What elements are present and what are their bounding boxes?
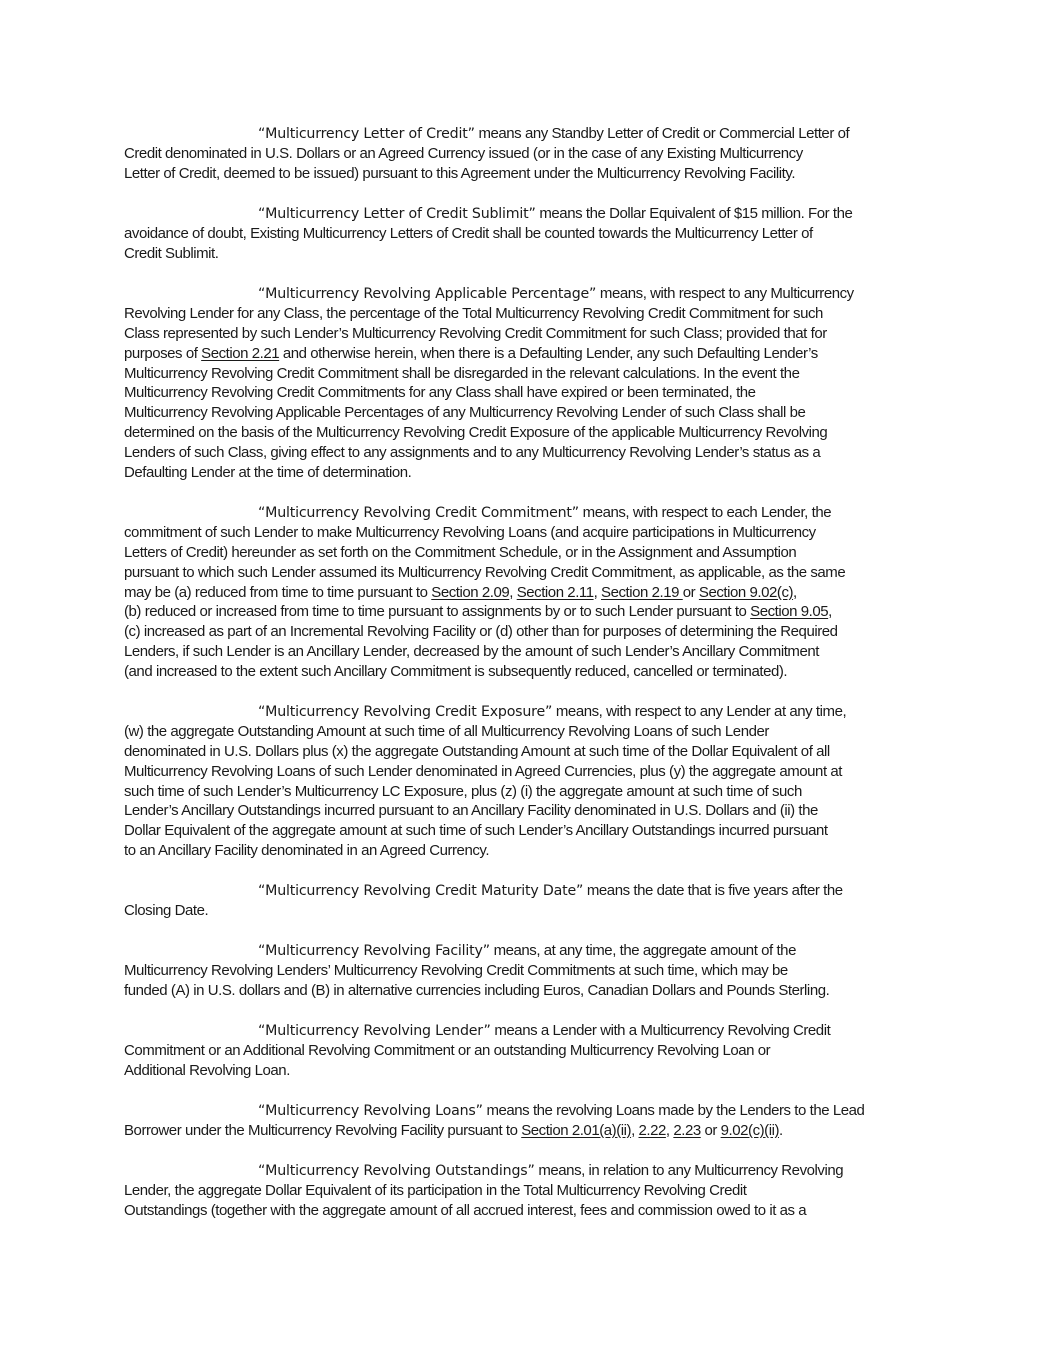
body-text: determined on the basis of the Multicurr… (124, 424, 827, 441)
defined-term: “Multicurrency Revolving Outstandings” (258, 1163, 535, 1179)
body-text: Lenders, if such Lender is an Ancillary … (124, 643, 819, 660)
text-line: Lender, the aggregate Dollar Equivalent … (124, 1181, 936, 1201)
text-line: denominated in U.S. Dollars plus (x) the… (124, 742, 936, 762)
body-text: means any Standby Letter of Credit or Co… (475, 125, 849, 142)
body-text: (b) reduced or increased from time to ti… (124, 603, 750, 620)
defined-term: “Multicurrency Revolving Loans” (258, 1103, 483, 1119)
definition-paragraph: “Multicurrency Revolving Credit Exposure… (124, 702, 936, 861)
body-text: pursuant to which such Lender assumed it… (124, 564, 845, 581)
body-text: Closing Date. (124, 902, 208, 919)
body-text: , (509, 584, 516, 601)
body-text: , (631, 1122, 638, 1139)
body-text: Lender, the aggregate Dollar Equivalent … (124, 1182, 746, 1199)
text-line: Multicurrency Revolving Credit Commitmen… (124, 364, 936, 384)
body-text: (w) the aggregate Outstanding Amount at … (124, 723, 769, 740)
section-reference-link[interactable]: Section 2.19 (601, 584, 683, 601)
text-line: to an Ancillary Facility denominated in … (124, 841, 936, 861)
text-line: “Multicurrency Letter of Credit Sublimit… (124, 204, 936, 224)
text-line: Multicurrency Revolving Loans of such Le… (124, 762, 936, 782)
body-text: Additional Revolving Loan. (124, 1062, 290, 1079)
section-reference-link[interactable]: Section 2.01(a)(ii) (521, 1122, 631, 1139)
text-line: “Multicurrency Revolving Lender” means a… (124, 1021, 936, 1041)
text-line: Lender’s Ancillary Outstandings incurred… (124, 801, 936, 821)
text-line: pursuant to which such Lender assumed it… (124, 563, 936, 583)
body-text: (c) increased as part of an Incremental … (124, 623, 838, 640)
text-line: “Multicurrency Revolving Credit Exposure… (124, 702, 936, 722)
body-text: , (828, 603, 832, 620)
body-text: means the revolving Loans made by the Le… (483, 1102, 865, 1119)
text-line: commitment of such Lender to make Multic… (124, 523, 936, 543)
body-text: commitment of such Lender to make Multic… (124, 524, 816, 541)
body-text: means, at any time, the aggregate amount… (490, 942, 796, 959)
definition-paragraph: “Multicurrency Letter of Credit” means a… (124, 124, 936, 184)
body-text: Multicurrency Revolving Lenders’ Multicu… (124, 962, 788, 979)
body-text: means the date that is five years after … (583, 882, 843, 899)
text-line: Outstandings (together with the aggregat… (124, 1201, 936, 1221)
text-line: Credit Sublimit. (124, 244, 936, 264)
body-text: , (594, 584, 601, 601)
defined-term: “Multicurrency Revolving Credit Commitme… (258, 505, 579, 521)
text-line: Lenders of such Class, giving effect to … (124, 443, 936, 463)
text-line: Closing Date. (124, 901, 936, 921)
text-line: Letters of Credit) hereunder as set fort… (124, 543, 936, 563)
text-line: Multicurrency Revolving Credit Commitmen… (124, 383, 936, 403)
text-line: Multicurrency Revolving Lenders’ Multicu… (124, 961, 936, 981)
definition-paragraph: “Multicurrency Letter of Credit Sublimit… (124, 204, 936, 264)
text-line: Additional Revolving Loan. (124, 1061, 936, 1081)
defined-term: “Multicurrency Letter of Credit” (258, 126, 475, 142)
text-line: purposes of Section 2.21 and otherwise h… (124, 344, 936, 364)
body-text: and otherwise herein, when there is a De… (279, 345, 818, 362)
section-reference-link[interactable]: 2.23 (673, 1122, 700, 1139)
text-line: Commitment or an Additional Revolving Co… (124, 1041, 936, 1061)
text-line: Lenders, if such Lender is an Ancillary … (124, 642, 936, 662)
body-text: Letter of Credit, deemed to be issued) p… (124, 165, 795, 182)
definition-paragraph: “Multicurrency Revolving Applicable Perc… (124, 284, 936, 483)
body-text: Lenders of such Class, giving effect to … (124, 444, 820, 461)
body-text: avoidance of doubt, Existing Multicurren… (124, 225, 813, 242)
text-line: Letter of Credit, deemed to be issued) p… (124, 164, 936, 184)
definition-paragraph: “Multicurrency Revolving Credit Commitme… (124, 503, 936, 682)
text-line: Dollar Equivalent of the aggregate amoun… (124, 821, 936, 841)
text-line: “Multicurrency Revolving Loans” means th… (124, 1101, 936, 1121)
text-line: determined on the basis of the Multicurr… (124, 423, 936, 443)
text-line: (c) increased as part of an Incremental … (124, 622, 936, 642)
text-line: such time of such Lender’s Multicurrency… (124, 782, 936, 802)
section-reference-link[interactable]: Section 2.09 (431, 584, 509, 601)
text-line: (w) the aggregate Outstanding Amount at … (124, 722, 936, 742)
section-reference-link[interactable]: Section 2.21 (201, 345, 279, 362)
body-text: Multicurrency Revolving Credit Commitmen… (124, 365, 799, 382)
text-line: Class represented by such Lender’s Multi… (124, 324, 936, 344)
text-line: avoidance of doubt, Existing Multicurren… (124, 224, 936, 244)
body-text: funded (A) in U.S. dollars and (B) in al… (124, 982, 829, 999)
definition-paragraph: “Multicurrency Revolving Outstandings” m… (124, 1161, 936, 1221)
body-text: means the Dollar Equivalent of $15 milli… (536, 205, 853, 222)
body-text: means, with respect to any Lender at any… (552, 703, 846, 720)
text-line: Credit denominated in U.S. Dollars or an… (124, 144, 936, 164)
text-line: “Multicurrency Revolving Credit Commitme… (124, 503, 936, 523)
body-text: or (701, 1122, 721, 1139)
body-text: means, in relation to any Multicurrency … (535, 1162, 843, 1179)
text-line: “Multicurrency Revolving Facility” means… (124, 941, 936, 961)
definition-paragraph: “Multicurrency Revolving Credit Maturity… (124, 881, 936, 921)
body-text: to an Ancillary Facility denominated in … (124, 842, 489, 859)
text-line: (b) reduced or increased from time to ti… (124, 602, 936, 622)
body-text: may be (a) reduced from time to time pur… (124, 584, 431, 601)
body-text: means a Lender with a Multicurrency Revo… (491, 1022, 831, 1039)
section-reference-link[interactable]: 2.22 (639, 1122, 666, 1139)
body-text: Class represented by such Lender’s Multi… (124, 325, 827, 342)
text-line: (and increased to the extent such Ancill… (124, 662, 936, 682)
defined-term: “Multicurrency Letter of Credit Sublimit… (258, 206, 536, 222)
body-text: denominated in U.S. Dollars plus (x) the… (124, 743, 830, 760)
defined-term: “Multicurrency Revolving Applicable Perc… (258, 286, 596, 302)
section-reference-link[interactable]: Section 9.02(c) (699, 584, 793, 601)
text-line: “Multicurrency Revolving Applicable Perc… (124, 284, 936, 304)
body-text: Letters of Credit) hereunder as set fort… (124, 544, 796, 561)
section-reference-link[interactable]: Section 9.05 (750, 603, 828, 620)
defined-term: “Multicurrency Revolving Credit Maturity… (258, 883, 583, 899)
defined-term: “Multicurrency Revolving Lender” (258, 1023, 491, 1039)
body-text: Credit Sublimit. (124, 245, 219, 262)
definition-paragraph: “Multicurrency Revolving Facility” means… (124, 941, 936, 1001)
body-text: Revolving Lender for any Class, the perc… (124, 305, 823, 322)
defined-term: “Multicurrency Revolving Credit Exposure… (258, 704, 552, 720)
body-text: Multicurrency Revolving Applicable Perce… (124, 404, 805, 421)
body-text: such time of such Lender’s Multicurrency… (124, 783, 802, 800)
text-line: Multicurrency Revolving Applicable Perce… (124, 403, 936, 423)
body-text: Multicurrency Revolving Credit Commitmen… (124, 384, 756, 401)
body-text: means, with respect to any Multicurrency (596, 285, 854, 302)
text-line: “Multicurrency Revolving Outstandings” m… (124, 1161, 936, 1181)
body-text: Multicurrency Revolving Loans of such Le… (124, 763, 842, 780)
section-reference-link[interactable]: Section 2.11 (517, 584, 594, 601)
body-text: Credit denominated in U.S. Dollars or an… (124, 145, 803, 162)
defined-term: “Multicurrency Revolving Facility” (258, 943, 490, 959)
section-reference-link[interactable]: 9.02(c)(ii) (721, 1122, 779, 1139)
text-line: Defaulting Lender at the time of determi… (124, 463, 936, 483)
body-text: Lender’s Ancillary Outstandings incurred… (124, 802, 818, 819)
text-line: “Multicurrency Revolving Credit Maturity… (124, 881, 936, 901)
body-text: or (683, 584, 699, 601)
body-text: Outstandings (together with the aggregat… (124, 1202, 806, 1219)
text-line: Revolving Lender for any Class, the perc… (124, 304, 936, 324)
body-text: , (793, 584, 797, 601)
body-text: Commitment or an Additional Revolving Co… (124, 1042, 770, 1059)
definition-paragraph: “Multicurrency Revolving Loans” means th… (124, 1101, 936, 1141)
text-line: “Multicurrency Letter of Credit” means a… (124, 124, 936, 144)
document-page: “Multicurrency Letter of Credit” means a… (0, 0, 1055, 1365)
body-text: . (779, 1122, 783, 1139)
body-text: means, with respect to each Lender, the (579, 504, 831, 521)
body-text: Dollar Equivalent of the aggregate amoun… (124, 822, 828, 839)
definition-paragraph: “Multicurrency Revolving Lender” means a… (124, 1021, 936, 1081)
text-line: may be (a) reduced from time to time pur… (124, 583, 936, 603)
body-text: Borrower under the Multicurrency Revolvi… (124, 1122, 521, 1139)
body-text: Defaulting Lender at the time of determi… (124, 464, 411, 481)
body-text: purposes of (124, 345, 201, 362)
body-text: (and increased to the extent such Ancill… (124, 663, 787, 680)
text-line: Borrower under the Multicurrency Revolvi… (124, 1121, 936, 1141)
text-line: funded (A) in U.S. dollars and (B) in al… (124, 981, 936, 1001)
